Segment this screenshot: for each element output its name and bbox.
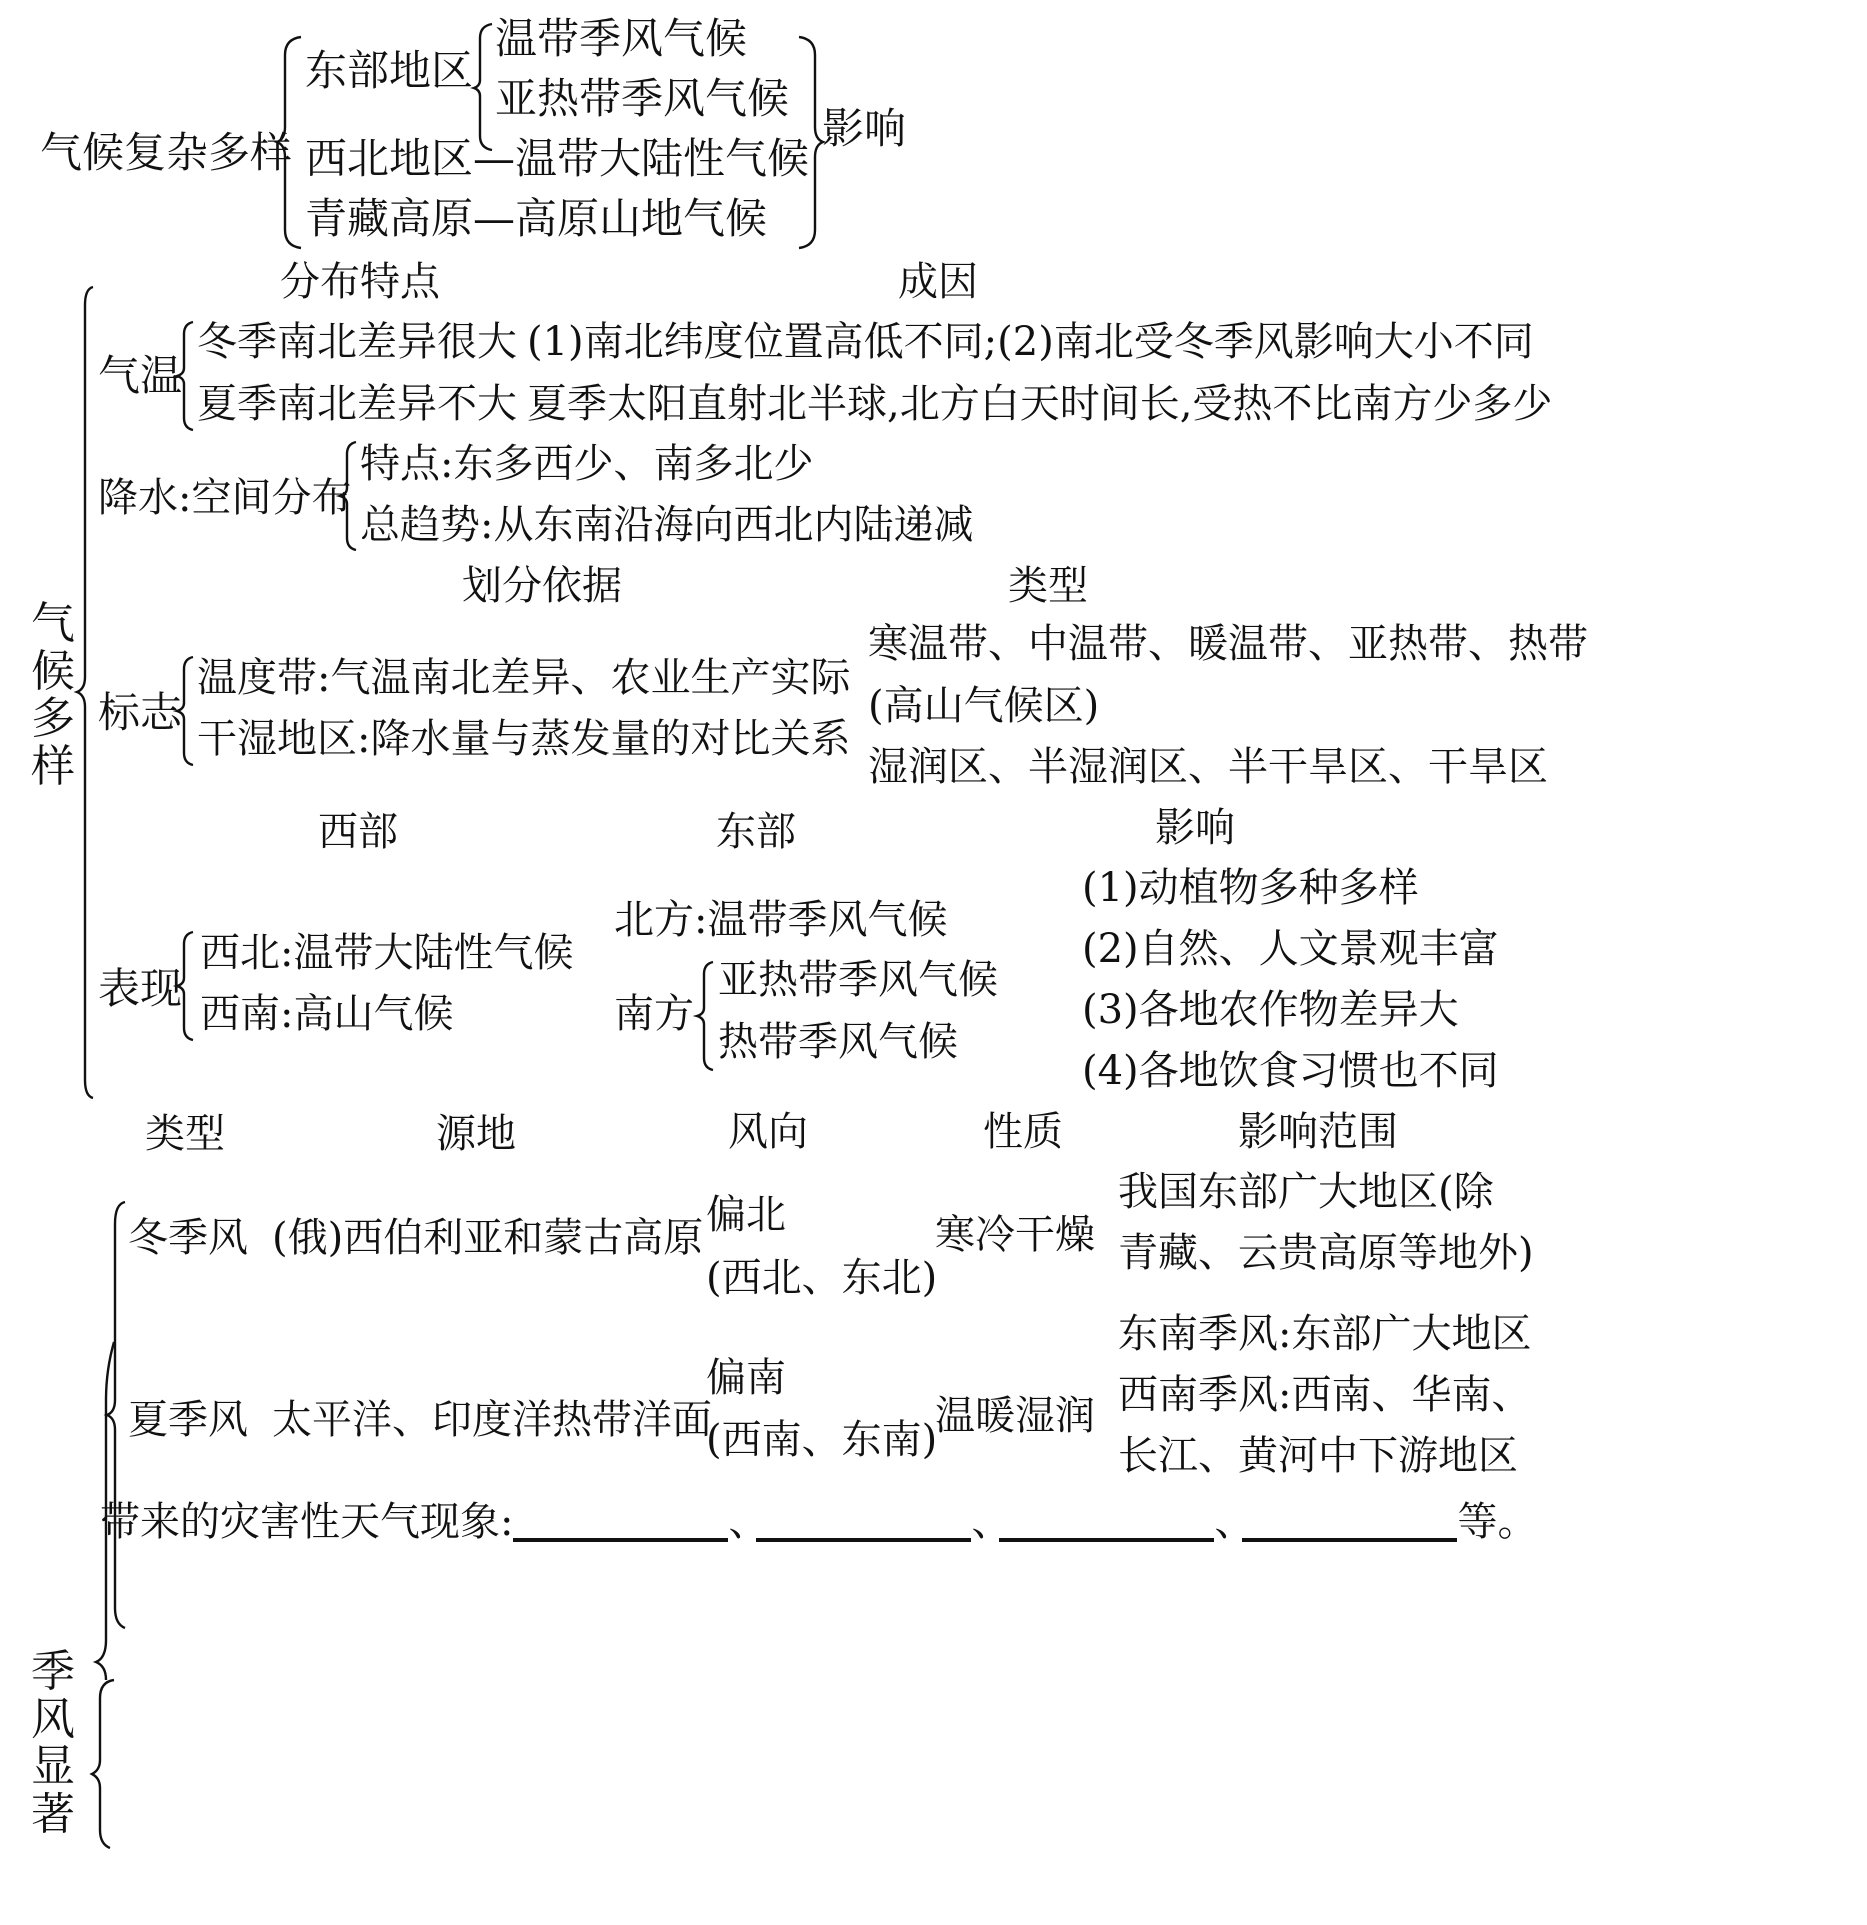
summer-monsoon-range-3: 长江、黄河中下游地区 <box>1118 1436 1518 1476</box>
winter-monsoon-range-2: 青藏、云贵高原等地外) <box>1118 1233 1534 1273</box>
header-nature: 性质 <box>983 1112 1063 1152</box>
winter-temp-cause: (1)南北纬度位置高低不同;(2)南北受冬季风影响大小不同 <box>527 322 1534 362</box>
left-brace-icon <box>75 285 97 1100</box>
summer-monsoon-range-2: 西南季风:西南、华南、 <box>1118 1375 1531 1415</box>
summer-monsoon-type: 夏季风 <box>128 1400 248 1440</box>
answer-blank-4[interactable] <box>1242 1500 1457 1542</box>
north-climate-item: 北方:温带季风气候 <box>614 900 947 940</box>
header-source: 源地 <box>436 1114 516 1154</box>
header-basis: 划分依据 <box>462 566 622 606</box>
summer-monsoon-source: 太平洋、印度洋热带洋面 <box>272 1400 712 1440</box>
winter-monsoon-source: (俄)西伯利亚和蒙古高原 <box>272 1218 703 1258</box>
summer-temp-cause: 夏季太阳直射北半球,北方白天时间长,受热不比南方少多少 <box>527 384 1552 424</box>
header-type: 类型 <box>145 1114 225 1154</box>
left-brace-icon <box>175 320 197 432</box>
temperature-label: 气温 <box>98 355 182 397</box>
impact-item-3: (3)各地农作物差异大 <box>1082 990 1459 1030</box>
impact-item-2: (2)自然、人文景观丰富 <box>1082 929 1499 969</box>
winter-monsoon-nature: 寒冷干燥 <box>935 1215 1095 1255</box>
southwest-climate-item: 西南:高山气候 <box>200 994 453 1034</box>
header-type: 类型 <box>1008 566 1088 606</box>
summer-temp-feature: 夏季南北差异不大 <box>197 384 517 424</box>
disaster-prompt: 带来的灾害性天气现象: <box>100 1499 513 1545</box>
header-range: 影响范围 <box>1238 1112 1398 1152</box>
header-cause: 成因 <box>898 262 978 302</box>
header-impact: 影响 <box>1155 808 1235 848</box>
south-label: 南方 <box>614 994 694 1034</box>
south-climate-subtropical: 亚热带季风气候 <box>718 960 998 1000</box>
impact-item-1: (1)动植物多种多样 <box>1082 868 1419 908</box>
south-climate-tropical: 热带季风气候 <box>718 1022 958 1062</box>
impact-label: 影响 <box>822 108 906 150</box>
precipitation-trend: 总趋势:从东南沿海向西北内陆递减 <box>360 505 973 545</box>
ending-text: 等。 <box>1457 1499 1537 1545</box>
highland-zone-type: (高山气候区) <box>868 686 1099 726</box>
precipitation-label: 降水:空间分布 <box>98 478 351 518</box>
precipitation-feature: 特点:东多西少、南多北少 <box>360 444 813 484</box>
east-climate-1: 温带季风气候 <box>495 18 747 60</box>
winter-monsoon-direction: 偏北 <box>706 1195 786 1235</box>
winter-monsoon-type: 冬季风 <box>128 1218 248 1258</box>
winter-monsoon-range-1: 我国东部广大地区(除 <box>1118 1172 1494 1212</box>
disaster-weather-line: 带来的灾害性天气现象:、、、等。 <box>100 1500 1537 1542</box>
left-brace-icon <box>105 1200 129 1630</box>
winter-monsoon-direction-detail: (西北、东北) <box>706 1258 937 1298</box>
marker-label: 标志 <box>98 692 182 734</box>
header-distribution: 分布特点 <box>280 262 440 302</box>
answer-blank-3[interactable] <box>999 1500 1214 1542</box>
left-brace-icon <box>472 22 496 152</box>
header-direction: 风向 <box>728 1112 808 1152</box>
performance-label: 表现 <box>98 968 182 1010</box>
east-climate-2: 亚热带季风气候 <box>495 78 789 120</box>
northwest-climate-item: 西北:温带大陆性气候 <box>200 933 573 973</box>
winter-temp-feature: 冬季南北差异很大 <box>197 322 517 362</box>
header-west: 西部 <box>318 812 398 852</box>
vertical-label-climate-diversity: 气候多样 <box>28 600 78 790</box>
temperature-zone-basis: 温度带:气温南北差异、农业生产实际 <box>197 658 850 698</box>
summer-monsoon-direction-detail: (西南、东南) <box>706 1420 937 1460</box>
summer-monsoon-nature: 温暖湿润 <box>935 1396 1095 1436</box>
northwest-climate: 西北地区—温带大陆性气候 <box>305 138 809 180</box>
root-label: 气候复杂多样 <box>40 132 292 174</box>
temperature-zone-types: 寒温带、中温带、暖温带、亚热带、热带 <box>868 624 1588 664</box>
left-brace-icon <box>695 960 717 1072</box>
header-east: 东部 <box>716 812 796 852</box>
left-brace-icon <box>275 35 305 250</box>
dry-wet-types: 湿润区、半湿润区、半干旱区、干旱区 <box>868 747 1548 787</box>
impact-item-4: (4)各地饮食习惯也不同 <box>1082 1051 1499 1091</box>
summer-monsoon-direction: 偏南 <box>706 1358 786 1398</box>
answer-blank-2[interactable] <box>756 1500 971 1542</box>
separator: 、 <box>971 1502 999 1542</box>
summer-monsoon-range-1: 东南季风:东部广大地区 <box>1118 1314 1531 1354</box>
answer-blank-1[interactable] <box>513 1500 728 1542</box>
left-brace-icon <box>338 440 360 552</box>
left-brace-icon <box>175 655 197 767</box>
dry-wet-basis: 干湿地区:降水量与蒸发量的对比关系 <box>197 719 850 759</box>
vertical-label-monsoon: 季风显著 <box>28 1648 78 1838</box>
right-brace-icon <box>795 35 825 250</box>
east-region-label: 东部地区 <box>305 50 473 92</box>
separator: 、 <box>1214 1502 1242 1542</box>
qingzang-climate: 青藏高原—高原山地气候 <box>305 198 767 240</box>
separator: 、 <box>728 1502 756 1542</box>
left-brace-icon <box>175 930 197 1042</box>
